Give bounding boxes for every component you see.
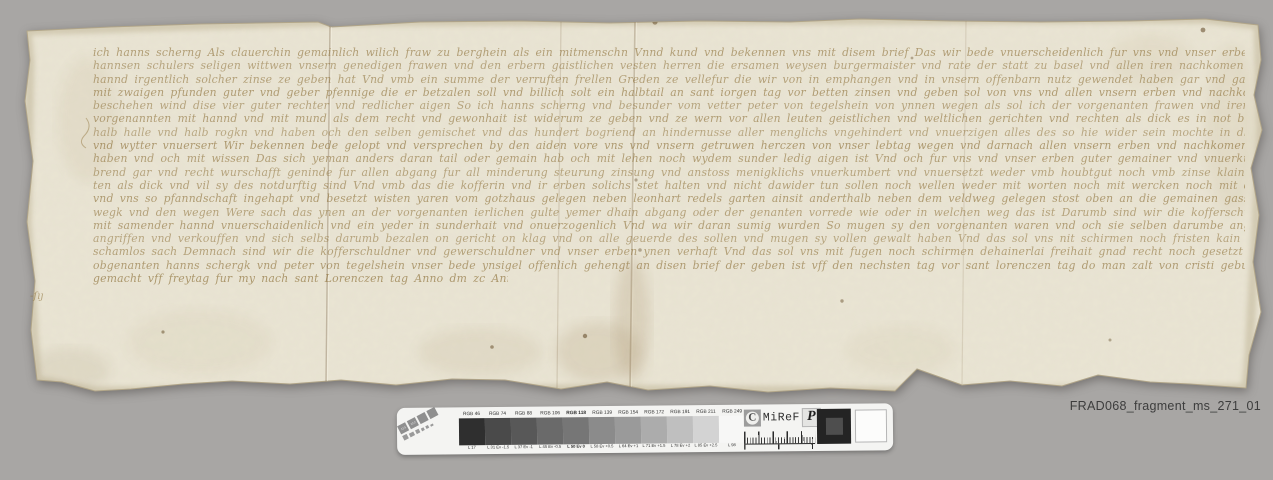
- patch-rgb-label: RGB 172: [644, 409, 664, 416]
- grayscale-step-wedge: RGB 46 L 17 RGB 74 L 31 Ev -1.5 RGB 88 L…: [459, 407, 745, 454]
- margin-mark: -ſıȷ: [30, 291, 43, 302]
- patch-swatch: [589, 417, 615, 444]
- manuscript-line: angriffen vnd verkouffen vnd sich selbs …: [93, 232, 1245, 246]
- manuscript-line: ten als dick vnd vil sy des notdurftig s…: [93, 179, 1245, 193]
- manuscript-line: obgenanten hanns schergk vnd peter von t…: [93, 259, 1245, 273]
- manuscript-line: vnd vns so pfanndschaft ingehapt vnd bes…: [93, 192, 1245, 206]
- gray-patch: RGB 139 L 58 Ev +0.5: [589, 408, 615, 452]
- manuscript-line: gemacht vff freytag fur my nach sant Lor…: [93, 272, 508, 286]
- patch-rgb-label: RGB 249: [722, 408, 742, 415]
- patch-l-label: L 78 Ev +2: [670, 443, 690, 449]
- manuscript-line: brend gar vnd recht wurschafft geninde f…: [93, 165, 1245, 179]
- manuscript-line: wegk vnd den wegen Were sach das ynen an…: [93, 205, 1245, 219]
- patch-swatch: [667, 416, 693, 443]
- patch-swatch: [615, 417, 641, 444]
- miref-name: MiReF: [763, 411, 800, 424]
- gray-patch: RGB 118 L 50 Ev 0: [563, 408, 589, 452]
- patch-l-label: L 58 Ev +0.5: [591, 444, 614, 450]
- patch-l-label: L 45 Ev -0.5: [539, 444, 561, 450]
- manuscript-line: hannd irgentlich solcher zinse ze geben …: [93, 72, 1245, 86]
- miref-logo-block: C MiReF P: [744, 408, 815, 449]
- manuscript-line: mit zwaigen pfunden guter vnd geber pfen…: [93, 86, 1245, 100]
- photograph-canvas: ich hanns scherng Als clauerchin gemainl…: [0, 0, 1273, 480]
- patch-swatch: [537, 417, 563, 444]
- gray-patch: RGB 106 L 45 Ev -0.5: [537, 408, 563, 452]
- patch-l-label: L 85 Ev +2.5: [695, 443, 718, 449]
- patch-swatch: [485, 418, 511, 445]
- patch-l-label: L 17: [468, 445, 476, 451]
- patch-rgb-label: RGB 154: [618, 409, 638, 416]
- manuscript-line: hannsen schulers seligen wittwen vnsern …: [93, 59, 1245, 73]
- patch-l-label: L 98: [728, 443, 736, 449]
- gray-patch: RGB 211 L 85 Ev +2.5: [693, 407, 719, 451]
- ruler-descender-ticks: [744, 444, 815, 450]
- patch-l-label: L 71 Ev +1.5: [643, 443, 666, 449]
- patch-l-label: L 64 Ev +1: [618, 444, 638, 450]
- manuscript-line: mit samender hannd vnuerschaidenlich vnd…: [93, 219, 1245, 233]
- manuscript-line: vorgenannten mit hannd vnd mit mund als …: [93, 112, 1245, 126]
- c-logo: C: [744, 409, 761, 426]
- patch-swatch: [563, 417, 589, 444]
- gray-patch: RGB 74 L 31 Ev -1.5: [485, 409, 511, 453]
- manuscript-line: ich hanns scherng Als clauerchin gemainl…: [93, 46, 1245, 59]
- gray-patch: RGB 191 L 78 Ev +2: [667, 407, 693, 451]
- patch-l-label: L 50 Ev 0: [567, 444, 585, 450]
- gray-patch: RGB 154 L 64 Ev +1: [615, 408, 641, 452]
- gray-patch: RGB 249 L 98: [719, 407, 745, 451]
- gray-patch: RGB 172 L 71 Ev +1.5: [641, 407, 667, 451]
- patch-swatch: [511, 418, 537, 445]
- manuscript-text-block: ich hanns scherng Als clauerchin gemainl…: [93, 46, 1245, 291]
- gray-patch: RGB 88 L 37 Ev -1: [511, 409, 537, 453]
- patch-rgb-label: RGB 211: [696, 409, 715, 416]
- ruler-scale: [744, 429, 815, 445]
- patch-l-label: L 31 Ev -1.5: [487, 445, 509, 451]
- patch-rgb-label: RGB 191: [670, 409, 690, 416]
- patch-swatch: [693, 416, 719, 443]
- calibration-bar: 12.5 12.2: [397, 403, 893, 455]
- patch-rgb-label: RGB 106: [540, 410, 560, 417]
- black-inner-square: [825, 418, 842, 435]
- patch-l-label: L 37 Ev -1: [515, 445, 534, 451]
- resolution-target: 12.5 12.2: [397, 401, 463, 461]
- manuscript-line: schamlos sach Demnach sind wir die koffe…: [93, 245, 1245, 259]
- patch-rgb-label: RGB 74: [489, 411, 506, 418]
- patch-swatch: [459, 418, 485, 445]
- patch-swatch: [641, 416, 667, 443]
- manuscript-line: halb halle vnd halb rogkn vnd haben och …: [93, 126, 1245, 140]
- manuscript-line: vnd wytter vnuersert Wir bekennen bede g…: [93, 139, 1245, 153]
- patch-rgb-label: RGB 118: [566, 410, 586, 417]
- manuscript-line: haben vnd och mit wissen Das sich yeman …: [93, 152, 1245, 166]
- patch-rgb-label: RGB 46: [463, 411, 480, 418]
- patch-rgb-label: RGB 88: [515, 410, 532, 417]
- white-reference-patch: [855, 409, 887, 442]
- black-reference-patch: [817, 409, 851, 444]
- patch-swatch: [719, 416, 745, 443]
- gray-patch: RGB 46 L 17: [459, 409, 485, 453]
- image-caption: FRAD068_fragment_ms_271_01: [1070, 399, 1261, 413]
- manuscript-line: beschehen wind dise vier guter rechter v…: [93, 99, 1245, 113]
- patch-rgb-label: RGB 139: [592, 410, 612, 417]
